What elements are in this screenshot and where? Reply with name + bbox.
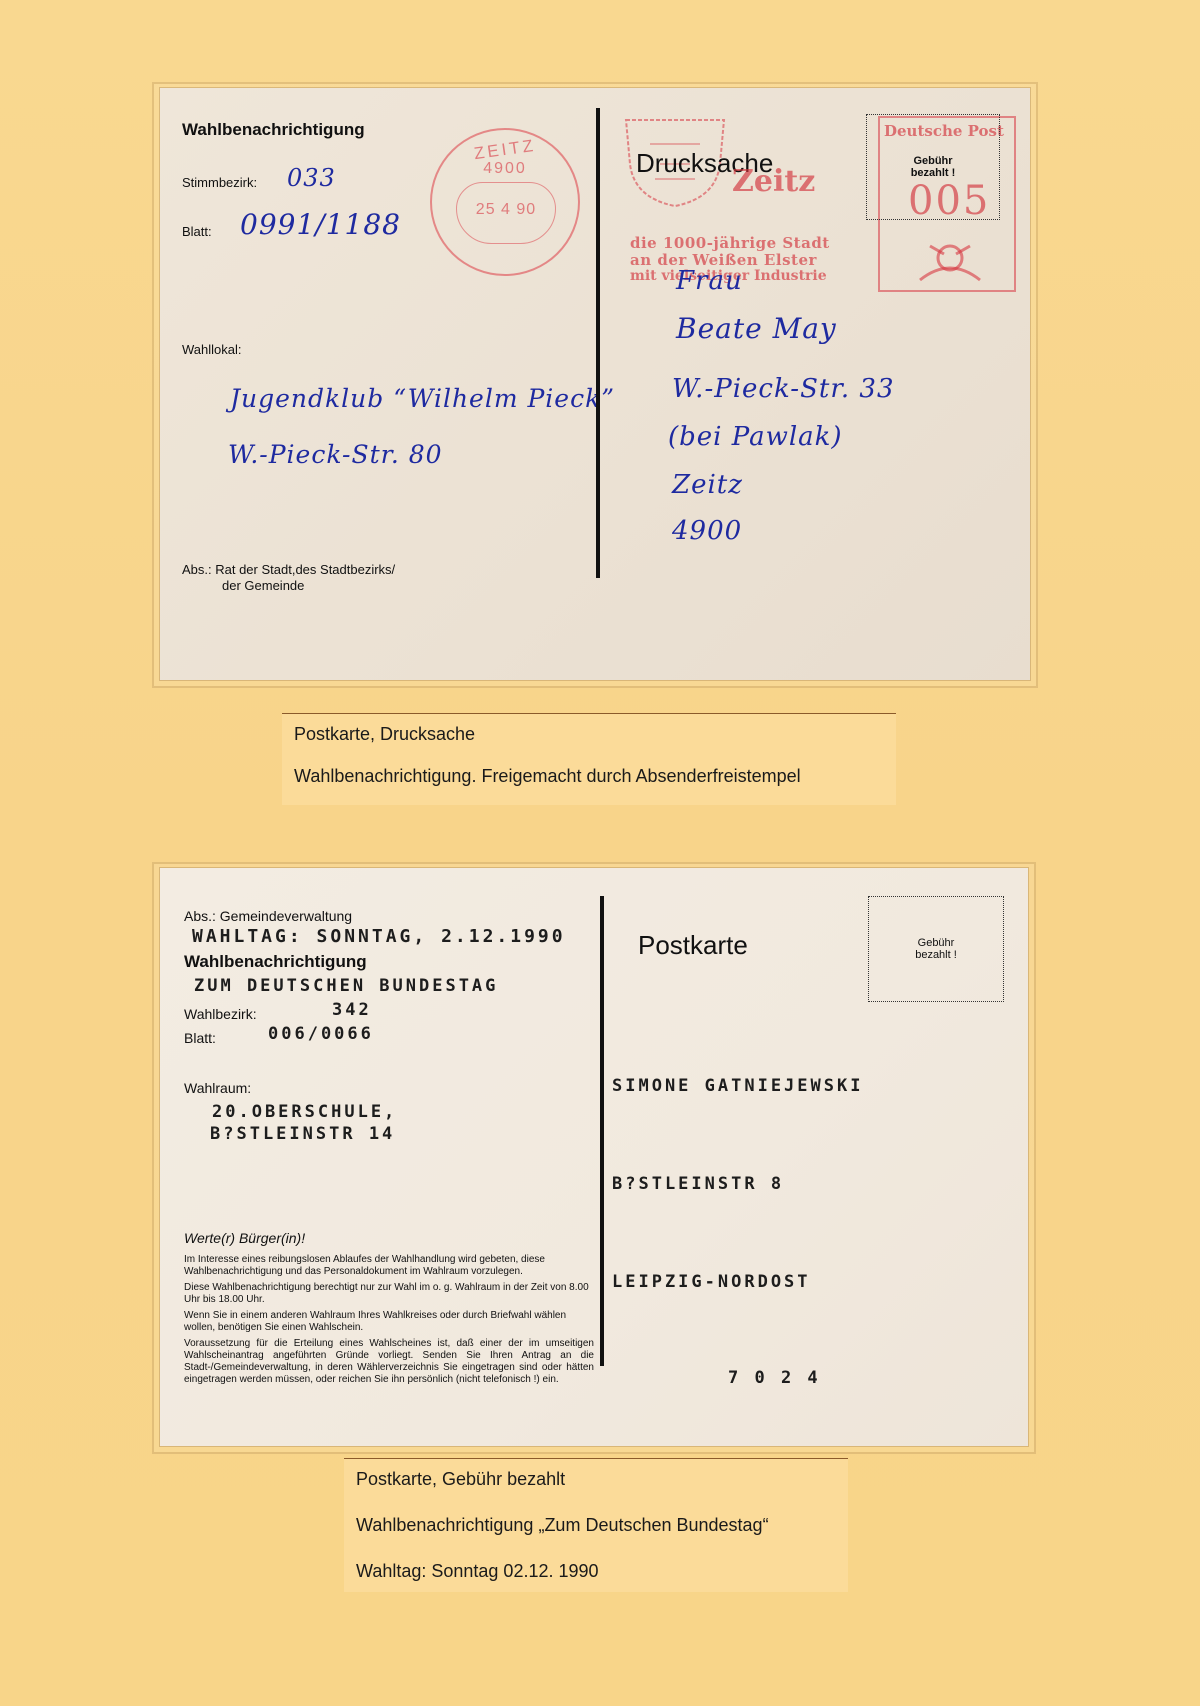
- wahllokal-label: Wahllokal:: [182, 342, 241, 357]
- blatt-label: Blatt:: [182, 224, 212, 239]
- postmark-date-box: 25 4 90: [456, 182, 556, 244]
- fee-paid-box: Gebühr bezahlt !: [866, 114, 1000, 220]
- caption2-line3: Wahltag: Sonntag 02.12. 1990: [356, 1561, 599, 1582]
- posthorn-icon: [910, 236, 990, 288]
- wahlraum-label: Wahlraum:: [184, 1080, 251, 1096]
- caption1-line1: Postkarte, Drucksache: [294, 724, 475, 745]
- instructions-para-4: Voraussetzung für die Erteilung eines Wa…: [184, 1338, 594, 1386]
- recipient-name: Beate May: [676, 312, 837, 345]
- postmark-date: 25 4 90: [457, 201, 555, 219]
- stimmbezirk-label: Stimmbezirk:: [182, 175, 257, 190]
- blatt-value-2: 006/0066: [268, 1024, 374, 1044]
- sender-line1: Abs.: Rat der Stadt,des Stadtbezirks/: [182, 562, 395, 577]
- instructions-para-1: Im Interesse eines reibungslosen Ablaufe…: [184, 1254, 594, 1278]
- wahlbezirk-value: 342: [332, 1000, 372, 1020]
- recipient-street: W.-Pieck-Str. 33: [672, 374, 895, 404]
- caption2-line2: Wahlbenachrichtigung „Zum Deutschen Bund…: [356, 1515, 769, 1536]
- card2-divider: [600, 896, 604, 1366]
- subtitle-typed: ZUM DEUTSCHEN BUNDESTAG: [194, 976, 498, 996]
- wahllokal-line1: Jugendklub “Wilhelm Pieck”: [230, 384, 615, 413]
- postcard-drucksache: Wahlbenachrichtigung Stimmbezirk: 033 Bl…: [160, 88, 1030, 680]
- fee-paid-box-2: Gebühr bezahlt !: [868, 896, 1004, 1002]
- card1-title: Wahlbenachrichtigung: [182, 120, 365, 140]
- recipient2-city: LEIPZIG-NORDOST: [612, 1272, 811, 1292]
- caption-card1: Postkarte, Drucksache Wahlbenachrichtigu…: [282, 713, 896, 805]
- fee-box-line2: bezahlt !: [911, 167, 956, 179]
- instructions-para-3: Wenn Sie in einem anderen Wahlraum Ihres…: [184, 1310, 594, 1334]
- wahllokal-line2: W.-Pieck-Str. 80: [228, 440, 443, 469]
- card2-title: Wahlbenachrichtigung: [184, 952, 367, 972]
- recipient2-postcode: 7 0 2 4: [728, 1368, 821, 1388]
- album-page: Wahlbenachrichtigung Stimmbezirk: 033 Bl…: [0, 0, 1200, 1706]
- stimmbezirk-value: 033: [287, 164, 336, 192]
- card1-divider: [596, 108, 600, 578]
- caption-card2: Postkarte, Gebühr bezahlt Wahlbenachrich…: [344, 1458, 848, 1592]
- postmark-postcode: 4900: [432, 160, 578, 178]
- postcard-gebuehr-bezahlt: Abs.: Gemeindeverwaltung WAHLTAG: SONNTA…: [160, 868, 1028, 1446]
- blatt-value: 0991/1188: [240, 208, 401, 241]
- fee-box2-line1: Gebühr: [918, 937, 955, 949]
- slogan-line1: die 1000-jährige Stadt: [630, 234, 830, 252]
- caption1-line2: Wahlbenachrichtigung. Freigemacht durch …: [294, 766, 801, 787]
- postmark-stamp: ZEITZ 4900 25 4 90: [430, 128, 580, 276]
- recipient-salutation: Frau: [676, 266, 743, 296]
- recipient-care-of: (bei Pawlak): [668, 422, 843, 452]
- card2-sender: Abs.: Gemeindeverwaltung: [184, 908, 352, 924]
- instructions-block: Im Interesse eines reibungslosen Ablaufe…: [184, 1254, 594, 1390]
- recipient-postcode: 4900: [672, 516, 742, 546]
- wahlbezirk-label: Wahlbezirk:: [184, 1006, 257, 1022]
- meter-city: Zeitz: [732, 164, 815, 199]
- wahltag-typed: WAHLTAG: SONNTAG, 2.12.1990: [192, 926, 566, 947]
- recipient2-name: SIMONE GATNIEJEWSKI: [612, 1076, 863, 1096]
- wahlraum-line2: B?STLEINSTR 14: [210, 1124, 395, 1144]
- blatt-label-2: Blatt:: [184, 1030, 216, 1046]
- sender-line2: der Gemeinde: [222, 578, 304, 593]
- recipient-city: Zeitz: [672, 470, 743, 500]
- instructions-para-2: Diese Wahlbenachrichtigung berechtigt nu…: [184, 1282, 594, 1306]
- greeting: Werte(r) Bürger(in)!: [184, 1230, 305, 1246]
- recipient2-street: B?STLEINSTR 8: [612, 1174, 784, 1194]
- postkarte-label: Postkarte: [638, 930, 748, 961]
- fee-box2-line2: bezahlt !: [915, 949, 957, 961]
- fee-box-line1: Gebühr: [913, 155, 952, 167]
- caption2-line1: Postkarte, Gebühr bezahlt: [356, 1469, 565, 1490]
- wahlraum-line1: 20.OBERSCHULE,: [212, 1102, 397, 1122]
